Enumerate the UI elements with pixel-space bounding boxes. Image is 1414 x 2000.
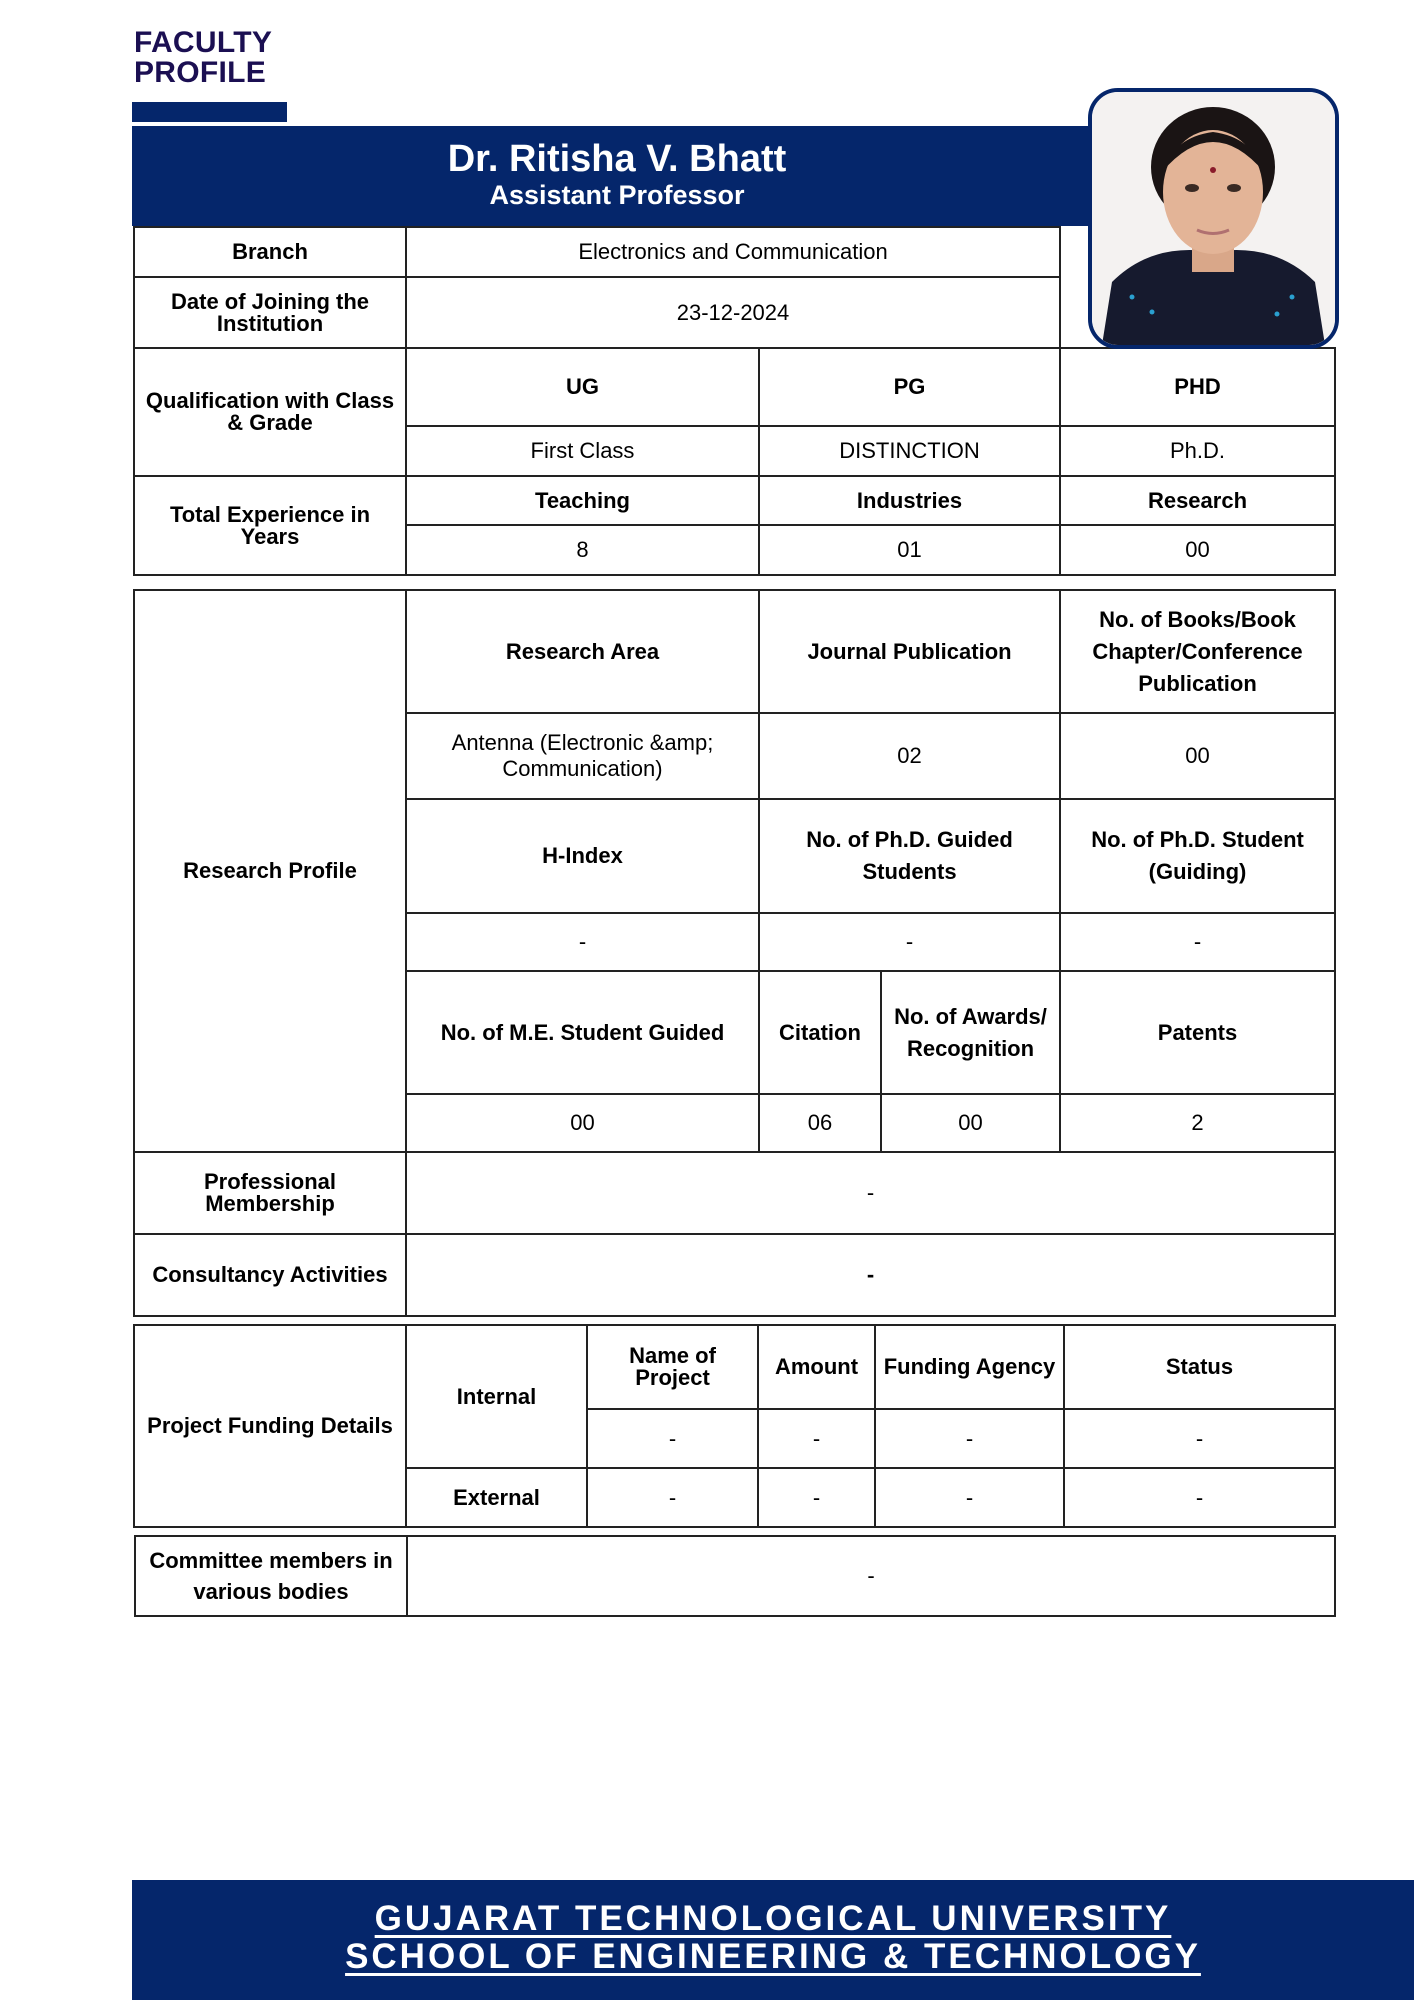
external-label: External (406, 1468, 587, 1527)
research-profile-table: Research Profile Research Area Journal P… (133, 589, 1336, 1317)
title-accent-bar (132, 102, 287, 122)
qualification-value-phd: Ph.D. (1060, 426, 1335, 476)
internal-amount: - (758, 1409, 875, 1468)
research-area-header: Research Area (406, 590, 759, 713)
experience-label: Total Experience in Years (134, 476, 406, 575)
experience-value-teaching: 8 (406, 525, 759, 575)
me-guided-header: No. of M.E. Student Guided (406, 971, 759, 1094)
committee-value: - (407, 1536, 1335, 1616)
title-line-1: FACULTY (134, 28, 272, 58)
university-footer: GUJARAT TECHNOLOGICAL UNIVERSITY SCHOOL … (132, 1880, 1414, 2000)
phd-guiding-header: No. of Ph.D. Student (Guiding) (1060, 799, 1335, 913)
qualification-header-ug: UG (406, 348, 759, 426)
journal-publication-header: Journal Publication (759, 590, 1060, 713)
citation-value: 06 (759, 1094, 881, 1152)
citation-header: Citation (759, 971, 881, 1094)
consultancy-label: Consultancy Activities (134, 1234, 406, 1316)
experience-header-research: Research (1060, 476, 1335, 525)
doj-value: 23-12-2024 (406, 277, 1060, 348)
internal-status: - (1064, 1409, 1335, 1468)
phd-guided-value: - (759, 913, 1060, 971)
qualification-label: Qualification with Class & Grade (134, 348, 406, 476)
membership-label: Professional Membership (134, 1152, 406, 1234)
project-name-header: Name of Project (587, 1325, 758, 1409)
doj-label: Date of Joining the Institution (134, 277, 406, 348)
patents-value: 2 (1060, 1094, 1335, 1152)
phd-guided-header: No. of Ph.D. Guided Students (759, 799, 1060, 913)
experience-header-teaching: Teaching (406, 476, 759, 525)
external-agency: - (875, 1468, 1064, 1527)
books-publication-header: No. of Books/Book Chapter/Conference Pub… (1060, 590, 1335, 713)
page-title: FACULTY PROFILE (134, 28, 272, 88)
external-project-name: - (587, 1468, 758, 1527)
footer-school: SCHOOL OF ENGINEERING & TECHNOLOGY (132, 1938, 1414, 1976)
amount-header: Amount (758, 1325, 875, 1409)
internal-label: Internal (406, 1325, 587, 1468)
research-profile-label: Research Profile (134, 590, 406, 1152)
external-status: - (1064, 1468, 1335, 1527)
person-portrait-icon (1092, 92, 1335, 345)
internal-agency: - (875, 1409, 1064, 1468)
faculty-designation: Assistant Professor (132, 180, 1102, 211)
status-header: Status (1064, 1325, 1335, 1409)
h-index-value: - (406, 913, 759, 971)
qualification-value-pg: DISTINCTION (759, 426, 1060, 476)
external-amount: - (758, 1468, 875, 1527)
qualification-header-pg: PG (759, 348, 1060, 426)
research-area-value: Antenna (Electronic &amp; Communication) (406, 713, 759, 799)
faculty-name: Dr. Ritisha V. Bhatt (132, 138, 1102, 181)
awards-header: No. of Awards/ Recognition (881, 971, 1060, 1094)
committee-label: Committee members in various bodies (135, 1536, 407, 1616)
phd-guiding-value: - (1060, 913, 1335, 971)
internal-project-name: - (587, 1409, 758, 1468)
footer-university: GUJARAT TECHNOLOGICAL UNIVERSITY (132, 1880, 1414, 1938)
funding-label: Project Funding Details (134, 1325, 406, 1527)
journal-publication-value: 02 (759, 713, 1060, 799)
branch-value: Electronics and Communication (406, 227, 1060, 277)
experience-header-industries: Industries (759, 476, 1060, 525)
consultancy-value: - (406, 1234, 1335, 1316)
qualification-header-phd: PHD (1060, 348, 1335, 426)
funding-agency-header: Funding Agency (875, 1325, 1064, 1409)
books-publication-value: 00 (1060, 713, 1335, 799)
title-line-2: PROFILE (134, 58, 272, 88)
awards-value: 00 (881, 1094, 1060, 1152)
experience-value-research: 00 (1060, 525, 1335, 575)
me-guided-value: 00 (406, 1094, 759, 1152)
qualification-value-ug: First Class (406, 426, 759, 476)
experience-value-industries: 01 (759, 525, 1060, 575)
membership-value: - (406, 1152, 1335, 1234)
patents-header: Patents (1060, 971, 1335, 1094)
faculty-photo (1088, 88, 1339, 349)
name-banner: Dr. Ritisha V. Bhatt Assistant Professor (132, 126, 1132, 226)
project-funding-table: Project Funding Details Internal Name of… (133, 1324, 1336, 1528)
committee-table: Committee members in various bodies - (134, 1535, 1336, 1617)
branch-label: Branch (134, 227, 406, 277)
h-index-header: H-Index (406, 799, 759, 913)
